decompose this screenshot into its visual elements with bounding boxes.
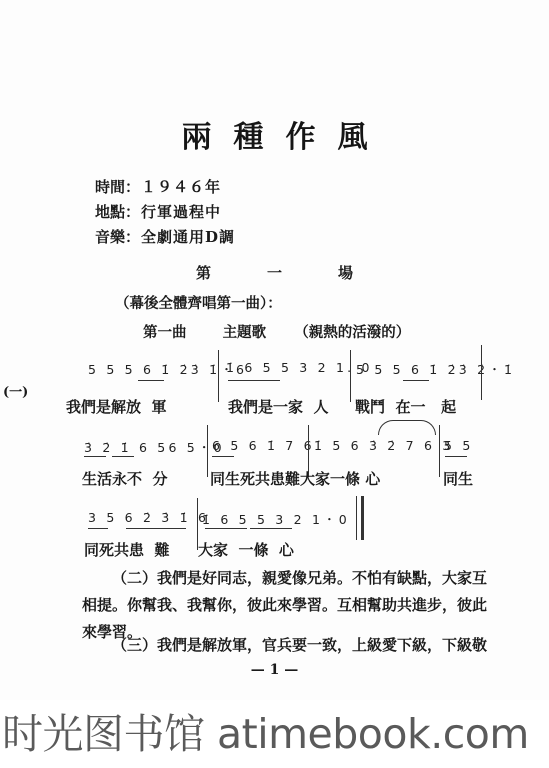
- notes-row2-m3: 1̇ 5 6 3̇ 2̇ 7 6 3: [314, 438, 453, 453]
- beam: [88, 528, 108, 529]
- paragraph-verse-3: （三）我們是解放軍，官兵要一致，上級愛下級，下級敬: [82, 632, 492, 659]
- final-barline: [361, 496, 364, 540]
- beam: [205, 528, 247, 529]
- beam: [228, 380, 280, 381]
- page-title: 兩種作風: [0, 112, 549, 156]
- lyrics-row1-c: 戰鬥 在一 起: [355, 396, 456, 417]
- meta-time: 時間：１９４６年: [95, 176, 221, 197]
- lyrics-row1-b: 我們是一家 人: [228, 396, 328, 417]
- beam: [112, 456, 134, 457]
- barline: [350, 350, 351, 402]
- notes-row1-m3: 5 5 5 6 1̇ 2̇3̇ 2̇・1̇: [356, 360, 515, 378]
- watermark: 时光图书馆 atimebook.com: [0, 700, 549, 768]
- lyrics-row1-a: 我們是解放 軍: [66, 396, 166, 417]
- song-name: 主題歌: [223, 324, 267, 341]
- beam: [212, 456, 234, 457]
- notes-row2-m1: 3̇ 2̇ 1̇ 6 56 5・0: [84, 438, 225, 456]
- barline: [481, 345, 482, 400]
- scene-heading: 第一場: [0, 262, 549, 283]
- song-heading: 第一曲 主題歌 （親熱的活潑的）: [143, 321, 410, 342]
- beam: [445, 456, 467, 457]
- lyrics-row3-a: 同死共患 難: [84, 539, 169, 560]
- slur: [378, 420, 436, 435]
- lyrics-row2-a: 生活永不 分: [82, 468, 167, 489]
- barline: [207, 425, 208, 477]
- notes-row2-m2: 6 5 6 1̇ 7 6: [212, 438, 315, 453]
- song-mood: （親熱的活潑的）: [294, 324, 410, 341]
- notes-row3-m2: 1̇ 6 5 5 3 2 1・0: [202, 510, 350, 528]
- verse-mark: (一): [3, 388, 28, 397]
- meta-place: 地點：行軍過程中: [95, 201, 221, 222]
- notes-row1-m1: 5 5 5 6 1̇ 2̇3̇ 1̇・6: [88, 360, 247, 378]
- meta-music: 音樂：全劇通用D調: [95, 226, 235, 247]
- book-page: 兩種作風 時間：１９４６年 地點：行軍過程中 音樂：全劇通用D調 第一場 （幕後…: [0, 0, 549, 700]
- beam: [138, 380, 164, 381]
- barline: [218, 350, 219, 402]
- beam: [250, 528, 292, 529]
- stage-direction: （幕後全體齊唱第一曲）：: [115, 292, 282, 313]
- lyrics-row2-d: 同生: [443, 468, 473, 489]
- lyrics-row3-b: 大家 一條 心: [198, 539, 294, 560]
- beam: [126, 528, 186, 529]
- beam: [403, 380, 429, 381]
- song-number: 第一曲: [143, 324, 187, 341]
- page-number: — 1 —: [0, 662, 549, 678]
- barline: [356, 496, 357, 540]
- notes-row3-m1: 3 5 6 2̇ 3̇ 1̇ 6: [88, 510, 209, 525]
- lyrics-row2-b: 同生死共患難大家一條 心: [210, 468, 380, 489]
- notes-row2-m4: 5 5: [444, 438, 473, 453]
- beam: [84, 456, 106, 457]
- barline: [439, 425, 440, 477]
